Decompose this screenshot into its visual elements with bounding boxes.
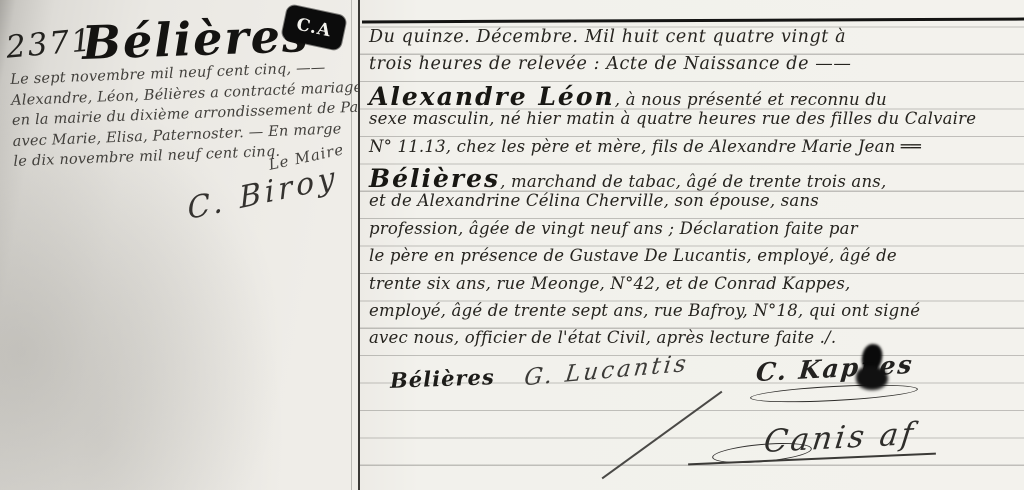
signature-declarant: Bélières [390,364,495,393]
act-line-text: N° 11.13, chez les père et mère, fils de… [369,137,921,156]
act-line: Du quinze. Décembre. Mil huit cent quatr… [369,27,1019,54]
act-line: trente six ans, rue Meonge, N°42, et de … [369,274,1019,301]
act-line-text: profession, âgée de vingt neuf ans ; Déc… [369,219,858,238]
act-line: trois heures de relevée : Acte de Naissa… [369,54,1019,81]
act-line-text: , marchand de tabac, âgé de trente trois… [500,172,886,191]
act-line: N° 11.13, chez les père et mère, fils de… [369,137,1019,164]
act-line: Bélières, marchand de tabac, âgé de tren… [369,164,1019,191]
act-line: sexe masculin, né hier matin à quatre he… [369,109,1019,136]
act-line-text: trois heures de relevée : Acte de Naissa… [369,54,851,74]
act-line-text: Du quinze. Décembre. Mil huit cent quatr… [369,27,846,47]
act-line-text: trente six ans, rue Meonge, N°42, et de … [369,274,851,293]
mayor-signature: C. Biroy [186,160,339,227]
act-line: et de Alexandrine Célina Cherville, son … [369,191,1019,218]
page-divider-line [358,0,360,490]
page-divider-faint-line [351,0,352,490]
act-line-text: , à nous présenté et reconnu du [615,90,887,109]
register-scan: 2371 Bélières C.A Le sept novembre mil n… [0,0,1024,490]
act-line-text: le père en présence de Gustave De Lucant… [369,246,897,265]
act-line-text: et de Alexandrine Célina Cherville, son … [369,191,819,210]
act-line: Alexandre Léon, à nous présenté et recon… [369,82,1019,109]
act-line-text: employé, âgé de trente sept ans, rue Baf… [369,301,920,320]
act-line-text: sexe masculin, né hier matin à quatre he… [369,109,976,128]
act-line: employé, âgé de trente sept ans, rue Baf… [369,301,1019,328]
act-line: profession, âgée de vingt neuf ans ; Déc… [369,219,1019,246]
ink-blot [856,366,888,390]
margin-page: 2371 Bélières C.A Le sept novembre mil n… [0,0,360,490]
act-line: le père en présence de Gustave De Lucant… [369,246,1019,273]
father-surname: Bélières [369,164,500,193]
act-line: avec nous, officier de l'état Civil, apr… [369,328,1019,355]
child-name: Alexandre Léon [369,82,615,111]
act-line-text: avec nous, officier de l'état Civil, apr… [369,328,836,347]
act-body-text: Du quinze. Décembre. Mil huit cent quatr… [369,27,1019,356]
